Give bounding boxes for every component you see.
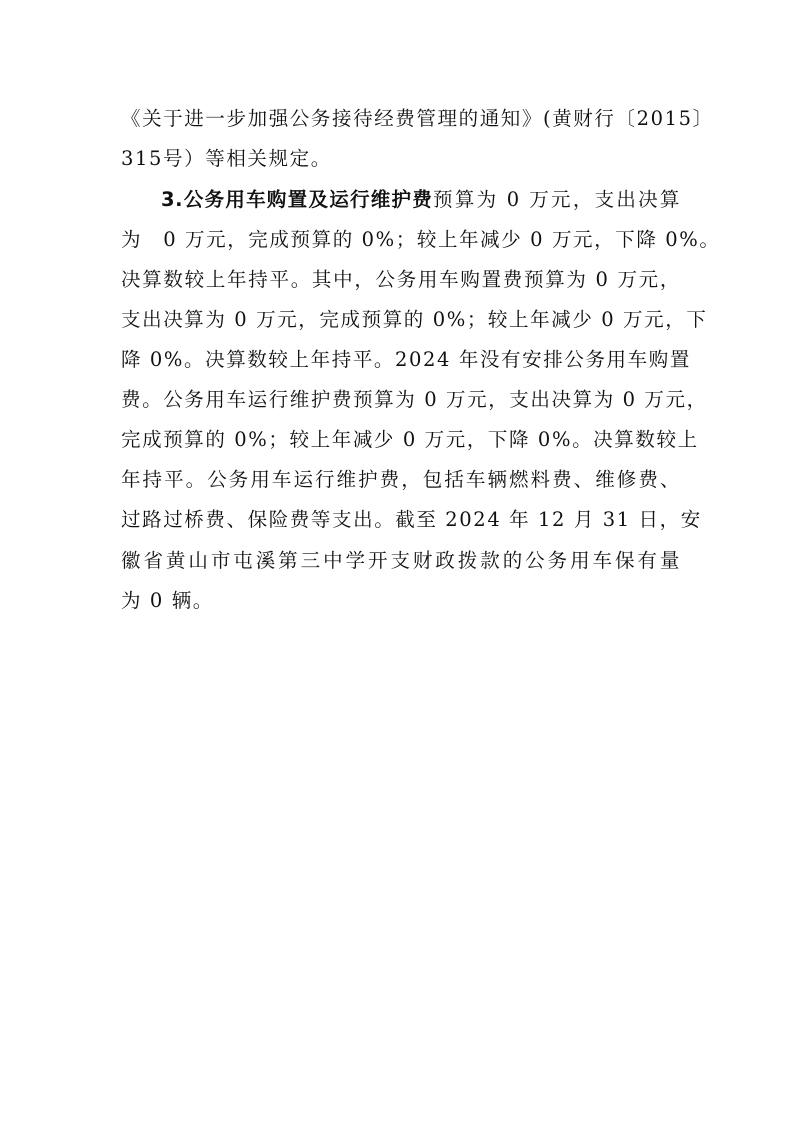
text-line: 为 0 辆。: [121, 581, 681, 621]
text-line: 降 0%。决算数较上年持平。2024 年没有安排公务用车购置: [121, 340, 681, 380]
document-page: 《关于进一步加强公务接待经费管理的通知》(黄财行〔2015〕 315号）等相关规…: [0, 0, 793, 1122]
text-line: 年持平。公务用车运行维护费，包括车辆燃料费、维修费、: [121, 460, 681, 500]
text-line: 315号）等相关规定。: [121, 139, 681, 179]
text-line: 徽省黄山市屯溪第三中学开支财政拨款的公务用车保有量: [121, 541, 681, 581]
text-line: 支出决算为 0 万元，完成预算的 0%；较上年减少 0 万元，下: [121, 300, 681, 340]
paragraph-first-line: 3.公务用车购置及运行维护费预算为 0 万元，支出决算: [161, 180, 681, 220]
text-line: 《关于进一步加强公务接待经费管理的通知》(黄财行〔2015〕: [121, 99, 681, 139]
text-line: 决算数较上年持平。其中，公务用车购置费预算为 0 万元，: [121, 260, 681, 300]
text-line: 为 0 万元，完成预算的 0%；较上年减少 0 万元，下降 0%。: [121, 220, 681, 260]
text-line: 完成预算的 0%；较上年减少 0 万元，下降 0%。决算数较上: [121, 420, 681, 460]
section-heading: 3.公务用车购置及运行维护费: [161, 188, 433, 211]
text-span: 预算为 0 万元，支出决算: [433, 188, 681, 211]
text-line: 过路过桥费、保险费等支出。截至 2024 年 12 月 31 日，安: [121, 500, 681, 540]
text-line: 费。公务用车运行维护费预算为 0 万元，支出决算为 0 万元，: [121, 380, 681, 420]
